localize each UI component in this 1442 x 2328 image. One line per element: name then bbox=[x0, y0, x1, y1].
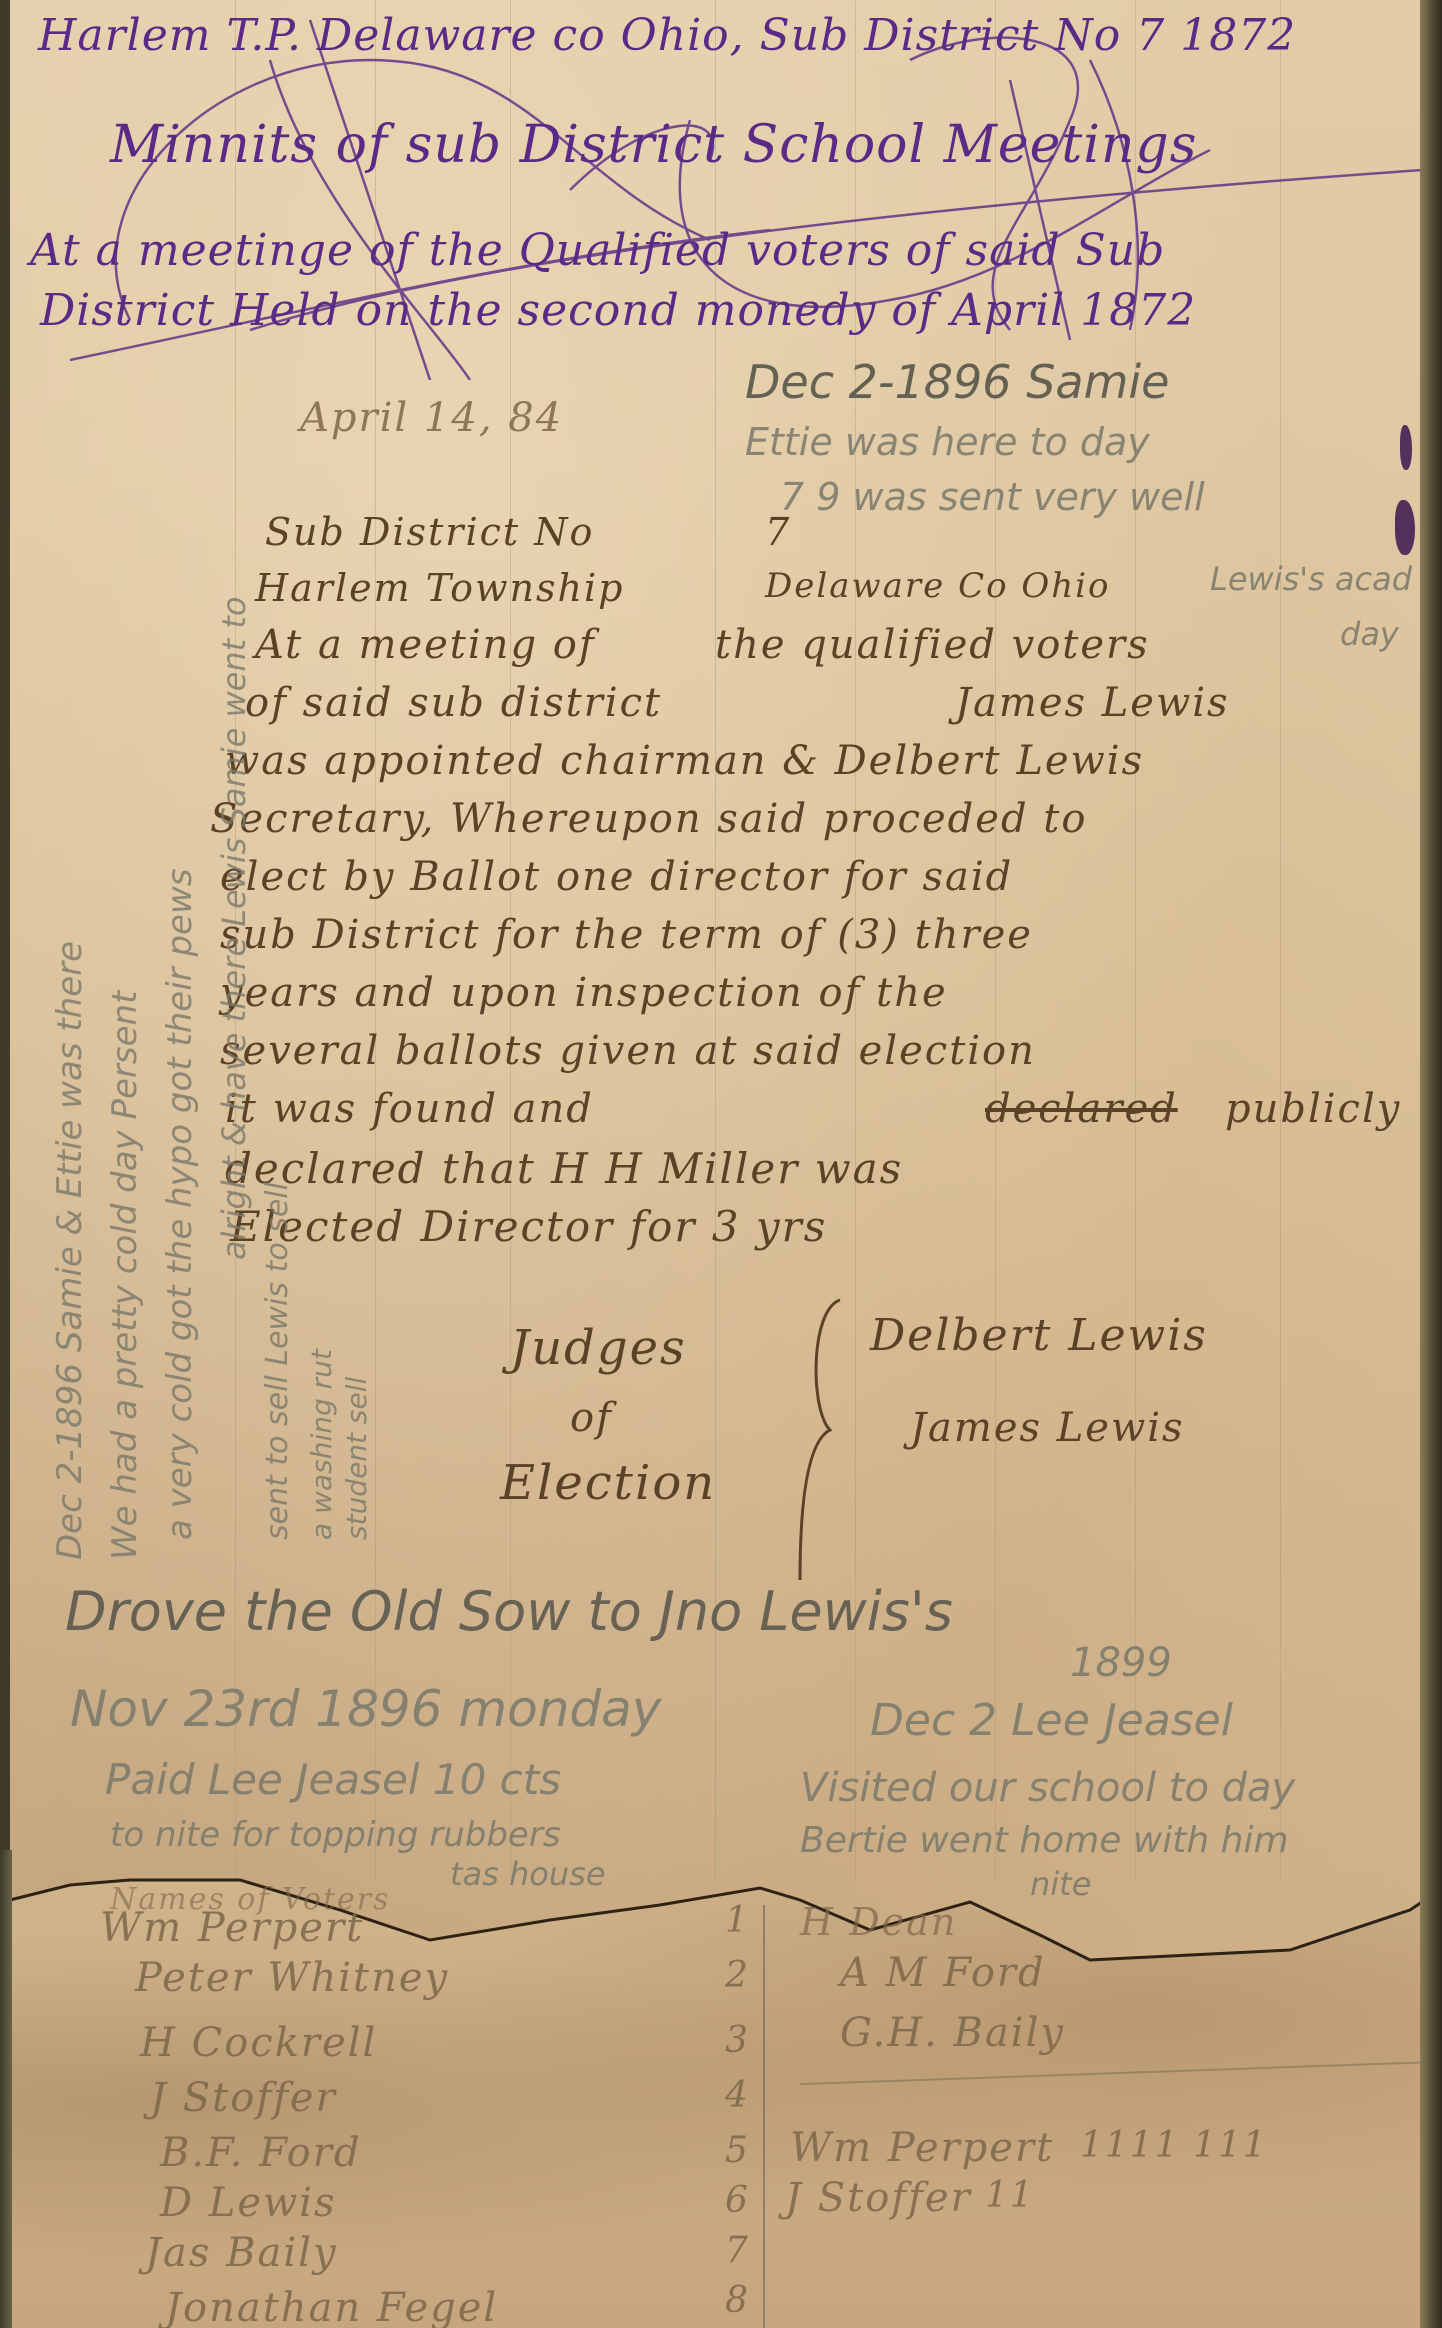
entry-sub-district-number: 7 bbox=[765, 510, 791, 554]
entry-date: April 14, 84 bbox=[300, 395, 563, 441]
entry-line: elect by Ballot one director for said bbox=[220, 854, 1013, 900]
pencil-note-sow: Drove the Old Sow to Jno Lewis's bbox=[65, 1580, 953, 1643]
voter-number: 8 bbox=[725, 2280, 750, 2321]
voter-number: 6 bbox=[725, 2180, 750, 2221]
pencil-note-tonite: to nite for topping rubbers bbox=[110, 1815, 561, 1855]
voter-name: D Lewis bbox=[160, 2180, 337, 2226]
entry-james-lewis: James Lewis bbox=[955, 680, 1230, 726]
pencil-note-sent: 7 9 was sent very well bbox=[780, 475, 1205, 519]
binding-edge-right bbox=[1420, 0, 1442, 2328]
pencil-note-paid: Paid Lee Jeasel 10 cts bbox=[105, 1755, 561, 1804]
margin-note: a very cold got the hypo got their pews bbox=[160, 869, 200, 1540]
entry-line: was appointed chairman & Delbert Lewis bbox=[225, 738, 1144, 784]
margin-note: Dec 2-1896 Samie & Ettie was there bbox=[50, 941, 90, 1560]
voter-name: Jas Baily bbox=[145, 2230, 338, 2276]
pencil-note-visited: Visited our school to day bbox=[800, 1765, 1295, 1811]
entry-qualified-voters: the qualified voters bbox=[715, 622, 1150, 668]
entry-line: sub District for the term of (3) three bbox=[220, 912, 1033, 958]
judge-name: James Lewis bbox=[910, 1405, 1185, 1451]
header-line-3: At a meetinge of the Qualified voters of… bbox=[30, 225, 1165, 276]
entry-line: Sub District No bbox=[265, 510, 594, 554]
judges-label-of: of bbox=[570, 1395, 613, 1441]
entry-line: several ballots given at said election bbox=[220, 1028, 1036, 1074]
voter-name: J Stoffer bbox=[150, 2075, 337, 2121]
pencil-note-nite: nite bbox=[1030, 1865, 1091, 1903]
binding-edge bbox=[0, 1850, 12, 2328]
pencil-note-dec-1896: Dec 2-1896 Samie bbox=[745, 355, 1169, 409]
tally-name: J Stoffer bbox=[785, 2175, 972, 2221]
margin-note: sent to sell Lewis to sell bbox=[260, 1182, 295, 1540]
ruled-line bbox=[1280, 0, 1281, 1880]
tally-name: Wm Perpert bbox=[790, 2125, 1054, 2171]
tally-marks: 1111 111 bbox=[1080, 2125, 1268, 2166]
voter-number: 4 bbox=[725, 2075, 750, 2116]
entry-line: Elected Director for 3 yrs bbox=[230, 1202, 827, 1251]
entry-delaware: Delaware Co Ohio bbox=[765, 566, 1111, 606]
judges-label-election: Election bbox=[500, 1455, 716, 1511]
voter-number: 1 bbox=[725, 1900, 750, 1941]
voter-number: 3 bbox=[725, 2020, 750, 2061]
voter-number: 5 bbox=[725, 2130, 750, 2171]
voter-name: H Dean bbox=[800, 1900, 957, 1944]
voter-number: 2 bbox=[725, 1955, 750, 1996]
pencil-note-sow-year: 1899 bbox=[1070, 1640, 1172, 1686]
entry-line: years and upon inspection of the bbox=[220, 970, 948, 1016]
voter-number: 7 bbox=[725, 2230, 750, 2271]
margin-note: We had a pretty cold day Persent bbox=[105, 991, 145, 1560]
entry-line: declared that H H Miller was bbox=[225, 1144, 903, 1193]
voter-name: Wm Perpert bbox=[100, 1905, 364, 1951]
pencil-note-tas-house: tas house bbox=[450, 1855, 606, 1893]
voter-name: Peter Whitney bbox=[135, 1955, 449, 2001]
brace-icon bbox=[790, 1290, 850, 1590]
pencil-note-dec-lee: Dec 2 Lee Jeasel bbox=[870, 1695, 1233, 1746]
entry-line: At a meeting of bbox=[255, 622, 596, 668]
entry-line: Harlem Township bbox=[255, 566, 624, 610]
entry-publicly: publicly bbox=[1225, 1086, 1401, 1132]
header-title: Minnits of sub District School Meetings bbox=[110, 115, 1197, 175]
margin-note: student sell bbox=[340, 1377, 373, 1540]
voter-name: Jonathan Fegel bbox=[165, 2285, 498, 2328]
header-line-1: Harlem T.P. Delaware co Ohio, Sub Distri… bbox=[38, 10, 1296, 61]
entry-struck-word: declared bbox=[985, 1086, 1178, 1132]
judge-name: Delbert Lewis bbox=[870, 1310, 1208, 1361]
voter-name: G.H. Baily bbox=[840, 2010, 1065, 2056]
pencil-note-ettie: Ettie was here to day bbox=[745, 420, 1150, 464]
tally-marks: 11 bbox=[985, 2175, 1035, 2216]
header-line-4: District Held on the second monedy of Ap… bbox=[40, 285, 1196, 336]
entry-line: of said sub district bbox=[245, 680, 662, 726]
judges-label: Judges bbox=[510, 1320, 687, 1376]
margin-note: alright & have there Lewis Samie went to bbox=[215, 597, 253, 1260]
voter-name: A M Ford bbox=[840, 1950, 1046, 1996]
table-column-divider bbox=[763, 1905, 765, 2328]
voter-name: H Cockrell bbox=[140, 2020, 377, 2066]
entry-line: it was found and bbox=[225, 1086, 594, 1132]
ink-blot bbox=[1395, 500, 1415, 555]
ink-blot bbox=[1400, 425, 1412, 470]
pencil-note-bertie: Bertie went home with him bbox=[800, 1820, 1289, 1861]
pencil-note-day: day bbox=[1340, 615, 1399, 653]
voter-name: B.F. Ford bbox=[160, 2130, 361, 2176]
pencil-note-nov: Nov 23rd 1896 monday bbox=[70, 1680, 661, 1738]
ruled-line bbox=[1135, 0, 1136, 1880]
entry-line: Secretary, Whereupon said proceded to bbox=[210, 796, 1087, 842]
pencil-note-lewis: Lewis's acad bbox=[1210, 560, 1412, 598]
margin-note: a washing rut bbox=[305, 1349, 338, 1540]
